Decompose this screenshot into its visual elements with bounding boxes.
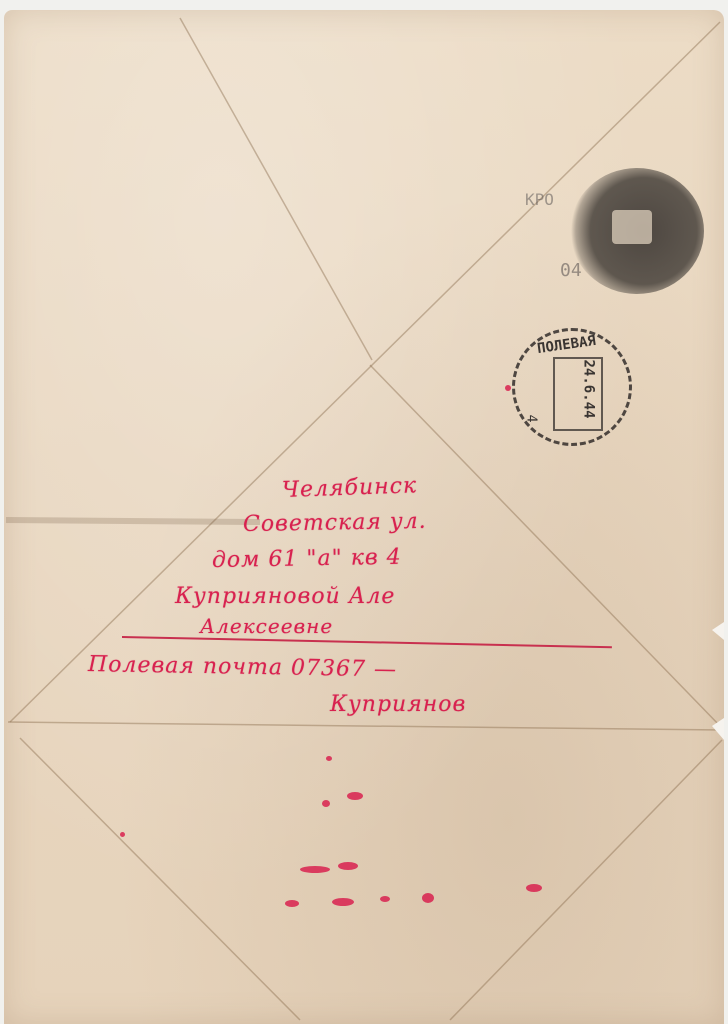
stamp-date: 24.6.44 (581, 359, 597, 418)
address-house: дом 61 "а" кв 4 (212, 545, 402, 573)
stamp-arc-text: ПОЛЕВАЯ (536, 333, 597, 357)
address-street: Советская ул. (243, 509, 427, 537)
postmark-fragment-1: КРО (525, 190, 554, 209)
recipient-patronymic: Алексеевне (200, 614, 333, 638)
stamp-number: 4 (523, 415, 538, 423)
postmark-fragment-2: 04 (560, 260, 582, 281)
recipient-name: Куприяновой Але (175, 584, 395, 609)
dark-postmark (570, 168, 704, 294)
field-post-round-stamp: ПОЛЕВАЯ 24.6.44 4 (512, 328, 632, 446)
sender-name: Куприянов (330, 692, 466, 717)
address-city: Челябинск (282, 473, 418, 503)
